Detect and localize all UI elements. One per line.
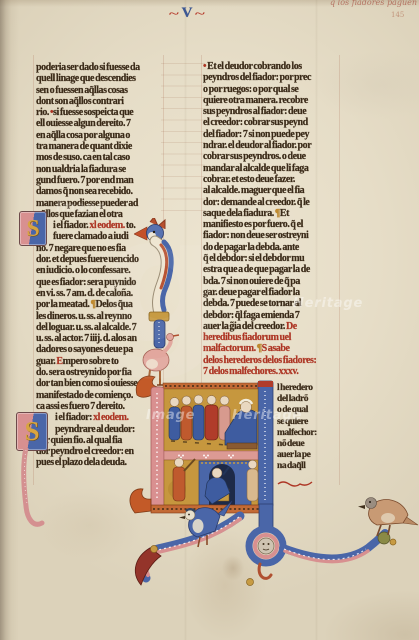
ruling-line (339, 55, 340, 485)
bas-de-page-drollery (120, 486, 419, 596)
initial-flourish-tail (12, 448, 46, 538)
text-line: mandar al alcalde que li faga (203, 163, 339, 174)
text-line: ndrar. el deudor al fiador. por (203, 140, 339, 151)
folio-number: 145 (391, 11, 404, 19)
text-line: auer la pe (277, 450, 339, 461)
watermark-text: Image (146, 408, 195, 423)
initial-letter: S (24, 418, 39, 445)
text-line: del ladrõ (277, 394, 339, 405)
text-line: malfechor: (277, 428, 339, 439)
text-line: o por ruegos: o por qual se (203, 84, 339, 95)
text-line: del fiador: 7 si non puede pey (203, 129, 339, 140)
text-line: tra manera de quant dixie (36, 141, 164, 152)
header-numeral: V (182, 5, 193, 22)
text-line: en aq̃lla cosa por alguna o (36, 130, 164, 141)
decorated-initial-second: S (16, 412, 48, 451)
watermark-logo: g (100, 180, 225, 383)
text-line: mos de suso. ca en tal caso (36, 152, 164, 163)
text-line: dont son aq̃llos contrari (36, 96, 164, 107)
tan-bird (358, 498, 418, 537)
text-line: sus peyndros al fiador: deue (203, 106, 339, 117)
text-line: l heredero (277, 383, 339, 394)
text-line: quell linage que descendies (36, 73, 164, 84)
text-column-narrow: l herederodel ladrõo de qualse quieremal… (277, 383, 339, 473)
quire-header: ~ V ~ (142, 5, 232, 22)
gold-ball (247, 579, 254, 586)
text-line: poderia ser dado si fuesse da (36, 62, 164, 73)
manuscript-page: ~ V ~ q̃ los fiadores paguen los peyndro… (0, 0, 419, 640)
watermark-text: Heritage (293, 296, 363, 311)
text-line: quiere otra manera. recobre (203, 95, 339, 106)
header-flourish-left: ~ (169, 8, 179, 20)
marginal-inscription: q̃ los fiadores paguen los peyndros al c… (330, 0, 419, 8)
text-line: rio. •si fuesse sospeicta que (36, 107, 164, 118)
watermark-text: Image (56, 200, 105, 215)
decorated-initial-first: S (19, 211, 47, 246)
gold-ball (390, 539, 396, 545)
text-line: peyndros del fiador: por prec (203, 72, 339, 83)
text-line: cobrar sus peyndros. o deue (203, 151, 339, 162)
header-flourish-right: ~ (195, 8, 205, 20)
text-line: nõ deue (277, 439, 339, 450)
knot-face (258, 538, 274, 554)
text-line: el creedor: cobrar sus peynd (203, 117, 339, 128)
gold-ball (151, 546, 158, 553)
text-line: ell ouiesse algun dereito. 7 (36, 118, 164, 129)
initial-letter: S (26, 217, 39, 241)
text-line: • Et el deudor cobrando los (203, 61, 339, 72)
watermark-text: Heritage (232, 408, 302, 423)
text-line: sen o fuessen aq̃llas cosas (36, 85, 164, 96)
text-line: non ualdria la fiadura se (36, 164, 164, 175)
text-line: na daq̃ll (277, 461, 339, 472)
rubric-flourish (277, 479, 313, 488)
